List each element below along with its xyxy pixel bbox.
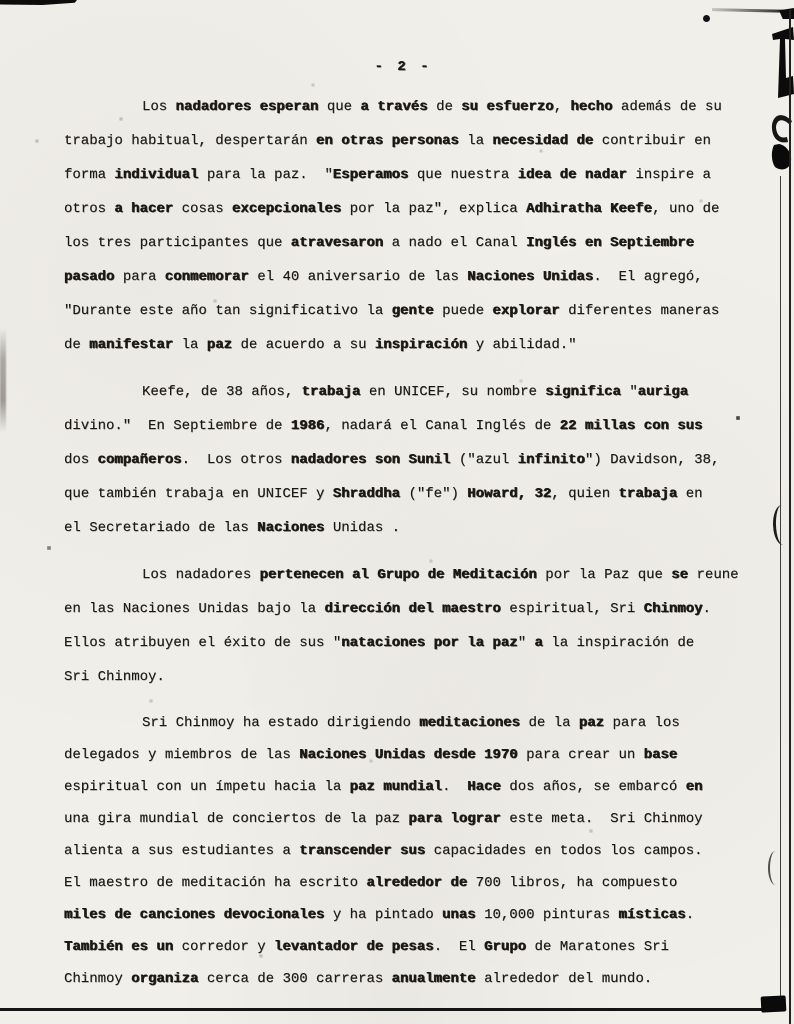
paragraph: Keefe, de 38 años, trabaja en UNICEF, su… — [64, 375, 742, 545]
text-line: Sri Chinmoy ha estado dirigiendo meditac… — [64, 707, 742, 739]
text-line: los tres participantes que atravesaron a… — [64, 226, 742, 260]
right-margin-vertical-line-artifact — [780, 176, 781, 1009]
paragraph: Sri Chinmoy ha estado dirigiendo meditac… — [64, 707, 742, 995]
text-line: Ellos atribuyen el éxito de sus "natacio… — [64, 626, 742, 660]
top-left-edge-bar-artifact — [0, 0, 77, 5]
text-line: "Durante este año tan significativo la g… — [64, 294, 742, 328]
page-number: - 2 - — [64, 56, 742, 78]
left-edge-smudge-artifact — [0, 328, 6, 432]
text-line: Chinmoy organiza cerca de 300 carreras a… — [64, 963, 742, 995]
text-line: una gira mundial de conciertos de la paz… — [64, 803, 742, 835]
paper-speckle-layer — [0, 0, 2, 2]
paragraph: Los nadadores esperan que a través de su… — [64, 90, 742, 362]
paragraph: Los nadadores pertenecen al Grupo de Med… — [64, 558, 742, 694]
text-line: otros a hacer cosas excepcionales por la… — [64, 192, 742, 226]
text-line: espiritual con un ímpetu hacia la paz mu… — [64, 771, 742, 803]
text-line: que también trabaja en UNICEF y Shraddha… — [64, 477, 742, 511]
scanned-document-page: - 2 - Los nadadores esperan que a través… — [0, 0, 794, 1024]
text-line: delegados y miembros de las Naciones Uni… — [64, 739, 742, 771]
text-line: dos compañeros. Los otros nadadores son … — [64, 443, 742, 477]
text-line: También es un corredor y levantador de p… — [64, 931, 742, 963]
text-line: miles de canciones devocionales y ha pin… — [64, 899, 742, 931]
text-line: El maestro de meditación ha escrito alre… — [64, 867, 742, 899]
text-line: divino." En Septiembre de 1986, nadará e… — [64, 409, 742, 443]
text-line: trabajo habitual, despertarán en otras p… — [64, 124, 742, 158]
text-line: Los nadadores pertenecen al Grupo de Med… — [64, 558, 742, 592]
text-line: pasado para conmemorar el 40 aniversario… — [64, 260, 742, 294]
text-line: Los nadadores esperan que a través de su… — [64, 90, 742, 124]
text-line: de manifestar la paz de acuerdo a su ins… — [64, 328, 742, 362]
ink-dot-artifact — [703, 15, 710, 22]
right-margin-crescent-lower-artifact — [768, 851, 783, 885]
bottom-right-corner-blob-artifact — [761, 995, 787, 1012]
text-line: alienta a sus estudiantes a transcender … — [64, 835, 742, 867]
page-content: - 2 - Los nadadores esperan que a través… — [64, 56, 742, 1008]
text-line: forma individual para la paz. "Esperamos… — [64, 158, 742, 192]
text-line: Keefe, de 38 años, trabaja en UNICEF, su… — [64, 375, 742, 409]
text-line: el Secretariado de las Naciones Unidas . — [64, 511, 742, 545]
document-body: Los nadadores esperan que a través de su… — [64, 90, 742, 995]
bottom-edge-line-artifact — [0, 1008, 772, 1011]
text-line: Sri Chinmoy. — [64, 660, 742, 694]
text-line: en las Naciones Unidas bajo la dirección… — [64, 592, 742, 626]
